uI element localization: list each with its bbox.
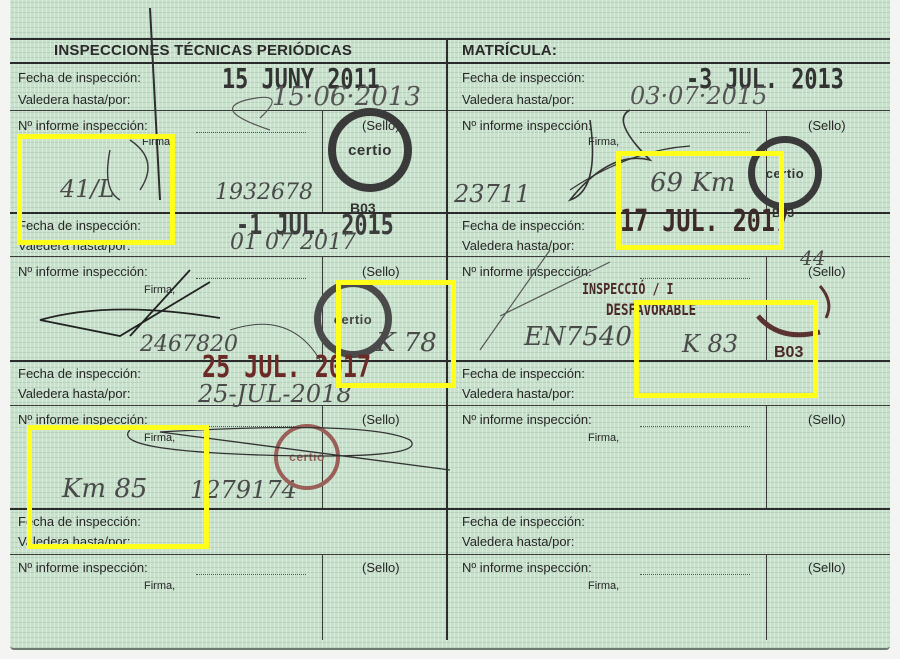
- highlight-box: [336, 280, 456, 388]
- inspection-card: INSPECCIONES TÉCNICAS PERIÓDICAS MATRÍCU…: [10, 0, 890, 650]
- highlight-box: [634, 300, 818, 398]
- highlight-box: [17, 134, 175, 245]
- highlight-box: [27, 425, 209, 549]
- highlight-box: [616, 151, 784, 250]
